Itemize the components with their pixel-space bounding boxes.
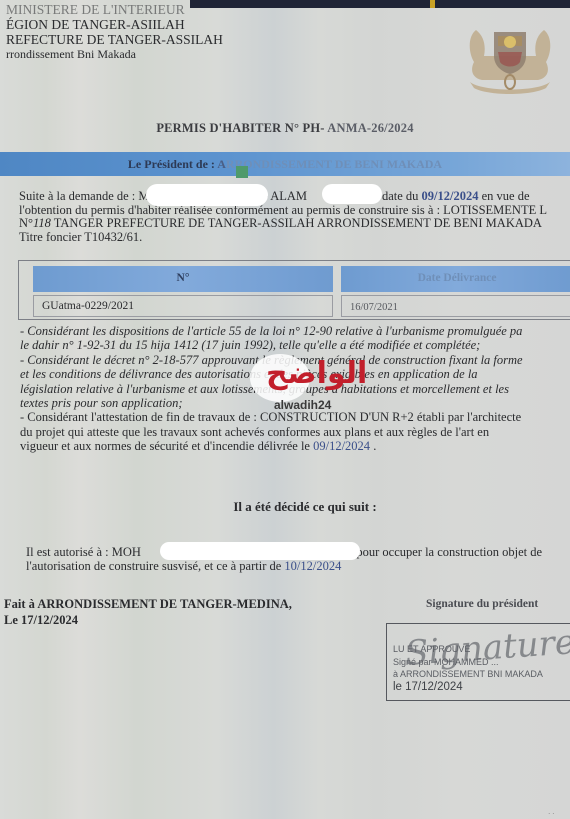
region-line: ÉGION DE TANGER-ASIILAH [6, 17, 223, 32]
request-intro: Suite à la demande de : M [19, 189, 150, 203]
header-label: Date Délivrance [341, 272, 570, 284]
stamp-line-1: LU ET APPROUVE [393, 644, 470, 654]
authorization-from: l'autorisation de construire susvisé, et… [26, 559, 284, 573]
consideration-1-line-1: - Considérant les dispositions de l'arti… [20, 324, 570, 338]
request-purpose: en vue de [478, 189, 529, 203]
redaction-applicant-name-2 [322, 184, 382, 204]
redaction-applicant-name-1 [146, 184, 268, 206]
signature-title: Signature du président [426, 598, 538, 610]
place-and-date: Fait à ARRONDISSEMENT DE TANGER-MEDINA, … [4, 596, 292, 628]
request-line-1: Suite à la demande de : M– ALAMen date d… [19, 190, 570, 204]
authorized-person-prefix: Il est autorisé à : MOH [26, 545, 141, 559]
stamp-date: le 17/12/2024 [393, 681, 463, 693]
title-prefix: PERMIS D'HABITER N° PH- [156, 121, 324, 135]
redaction-authorized-name [160, 542, 360, 560]
request-line-2: l'obtention du permis d'habiter réalisée… [19, 204, 570, 218]
watermark-arabic: الواضح [266, 356, 367, 391]
decision-heading: Il a été décidé ce qui suit : [0, 499, 570, 515]
consideration-3-line-2: du projet qui atteste que les travaux so… [20, 425, 570, 439]
president-label: Le Président de : [128, 157, 217, 171]
effective-date: 10/12/2024 [284, 559, 341, 573]
background-flag-strip [190, 0, 570, 8]
issuing-authority-header: MINISTERE DE L'INTERIEUR ÉGION DE TANGER… [6, 6, 223, 62]
period: . [370, 439, 376, 453]
signing-date: Le 17/12/2024 [4, 612, 292, 628]
completion-text: vigueur et aux normes de sécurité et d'i… [20, 439, 313, 453]
district-name: RRONDISSEMENT DE BENI MAKADA [226, 157, 442, 171]
table-header-date: Date Délivrance [341, 266, 570, 292]
moroccan-coat-of-arms-icon [462, 22, 558, 94]
request-line-3: N°118 TANGER PREFECTURE DE TANGER-ASSILA… [19, 217, 570, 231]
header-label: N° [33, 272, 333, 284]
ministry-line: MINISTERE DE L'INTERIEUR [6, 2, 223, 17]
request-paragraph: Suite à la demande de : M– ALAMen date d… [19, 190, 570, 244]
prefecture-line: REFECTURE DE TANGER-ASSILAH [6, 32, 223, 47]
stamp-line-3: à ARRONDISSEMENT BNI MAKADA [393, 669, 543, 679]
request-date: 09/12/2024 [422, 189, 479, 203]
issue-date-value: 16/07/2021 [350, 302, 398, 313]
district-name-first: A [217, 157, 226, 171]
land-title: Titre foncier T10432/61. [19, 231, 570, 245]
approval-stamp: Signature LU ET APPROUVE Signé par MOHAM… [386, 623, 570, 701]
stamp-line-2: Signé par MOHAMMED ... [393, 657, 499, 667]
consideration-3-line-3: vigueur et aux normes de sécurité et d'i… [20, 439, 570, 453]
authorization-line-2: l'autorisation de construire susvisé, et… [26, 559, 542, 573]
consideration-1-line-2: le dahir n° 1-92-31 du 15 hija 1412 (17 … [20, 338, 570, 352]
document-title: PERMIS D'HABITER N° PH- ANMA-26/2024 [0, 121, 570, 136]
permit-number-value: GUatma-0229/2021 [42, 300, 134, 312]
district-line: rrondissement Bni Makada [6, 47, 223, 62]
authorization-purpose: R pour occuper la construction objet de [345, 545, 542, 559]
applicant-surname-fragment: – ALAM [262, 189, 308, 203]
watermark-latin: alwadih24 [274, 398, 331, 412]
completion-date: 09/12/2024 [313, 439, 370, 453]
table-header-number: N° [33, 266, 333, 292]
location: TANGER PREFECTURE DE TANGER-ASSILAH ARRO… [51, 216, 542, 230]
president-line: Le Président de : ARRONDISSEMENT DE BENI… [0, 157, 570, 172]
flag-gold-stripe [430, 0, 435, 8]
permit-number: ANMA-26/2024 [325, 121, 414, 135]
place-line: Fait à ARRONDISSEMENT DE TANGER-MEDINA, [4, 596, 292, 612]
building-permit-table: N° Date Délivrance GUatma-0229/2021 16/0… [18, 260, 570, 320]
page-mark: · · [548, 810, 554, 818]
table-cell-issue-date: 16/07/2021 [341, 295, 570, 317]
green-mark [236, 166, 248, 178]
president-band: Le Président de : ARRONDISSEMENT DE BENI… [0, 152, 570, 176]
lot-number-label: N° [19, 216, 33, 230]
lot-number: 118 [33, 216, 51, 230]
table-cell-permit-number: GUatma-0229/2021 [33, 295, 333, 317]
alwadih24-watermark: الواضح alwadih24 [250, 352, 370, 416]
